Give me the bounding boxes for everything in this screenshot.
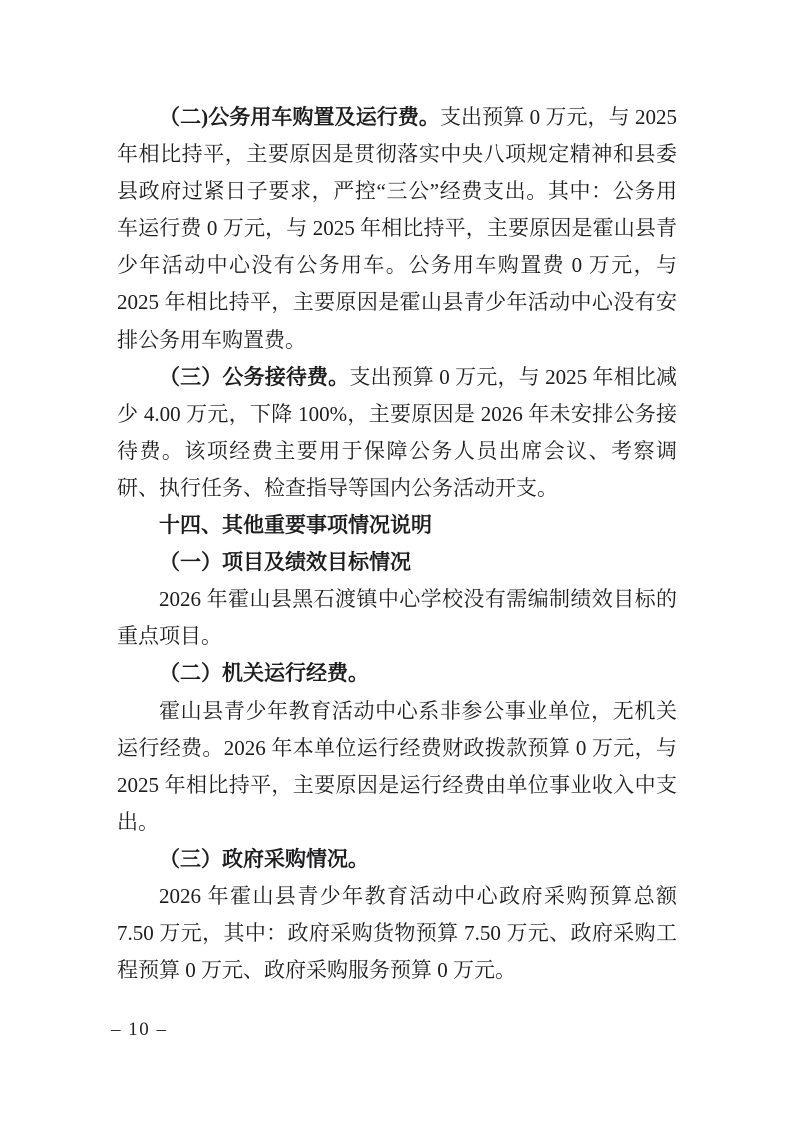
document-page: （二)公务用车购置及运行费。支出预算 0 万元，与 2025 年相比持平，主要原… [0,0,793,1122]
paragraph-agency-operating-expenses: 霍山县青少年教育活动中心系非参公事业单位，无机关运行经费。2026 年本单位运行… [117,693,677,841]
paragraph-vehicle-purchase-operation-fee: （二)公务用车购置及运行费。支出预算 0 万元，与 2025 年相比持平，主要原… [117,99,677,359]
paragraph-text: 支出预算 0 万元，与 2025 年相比持平，主要原因是贯彻落实中央八项规定精神… [117,105,677,352]
paragraph-lead: （二)公务用车购置及运行费。 [159,105,440,129]
section-heading-government-procurement: （三）政府采购情况。 [117,841,677,878]
document-body: （二)公务用车购置及运行费。支出预算 0 万元，与 2025 年相比持平，主要原… [117,99,677,989]
paragraph-official-reception-fee: （三）公务接待费。支出预算 0 万元，与 2025 年相比减少 4.00 万元，… [117,359,677,507]
paragraph-government-procurement: 2026 年霍山县青少年教育活动中心政府采购预算总额 7.50 万元，其中：政府… [117,878,677,989]
paragraph-performance-targets: 2026 年霍山县黑石渡镇中心学校没有需编制绩效目标的重点项目。 [117,581,677,655]
page-number: – 10 – [111,1019,168,1041]
paragraph-lead: （三）公务接待费。 [159,365,349,389]
section-heading-other-important-matters: 十四、其他重要事项情况说明 [117,507,677,544]
section-heading-project-performance-targets: （一）项目及绩效目标情况 [117,544,677,581]
section-heading-agency-operating-expenses: （二）机关运行经费。 [117,655,677,692]
